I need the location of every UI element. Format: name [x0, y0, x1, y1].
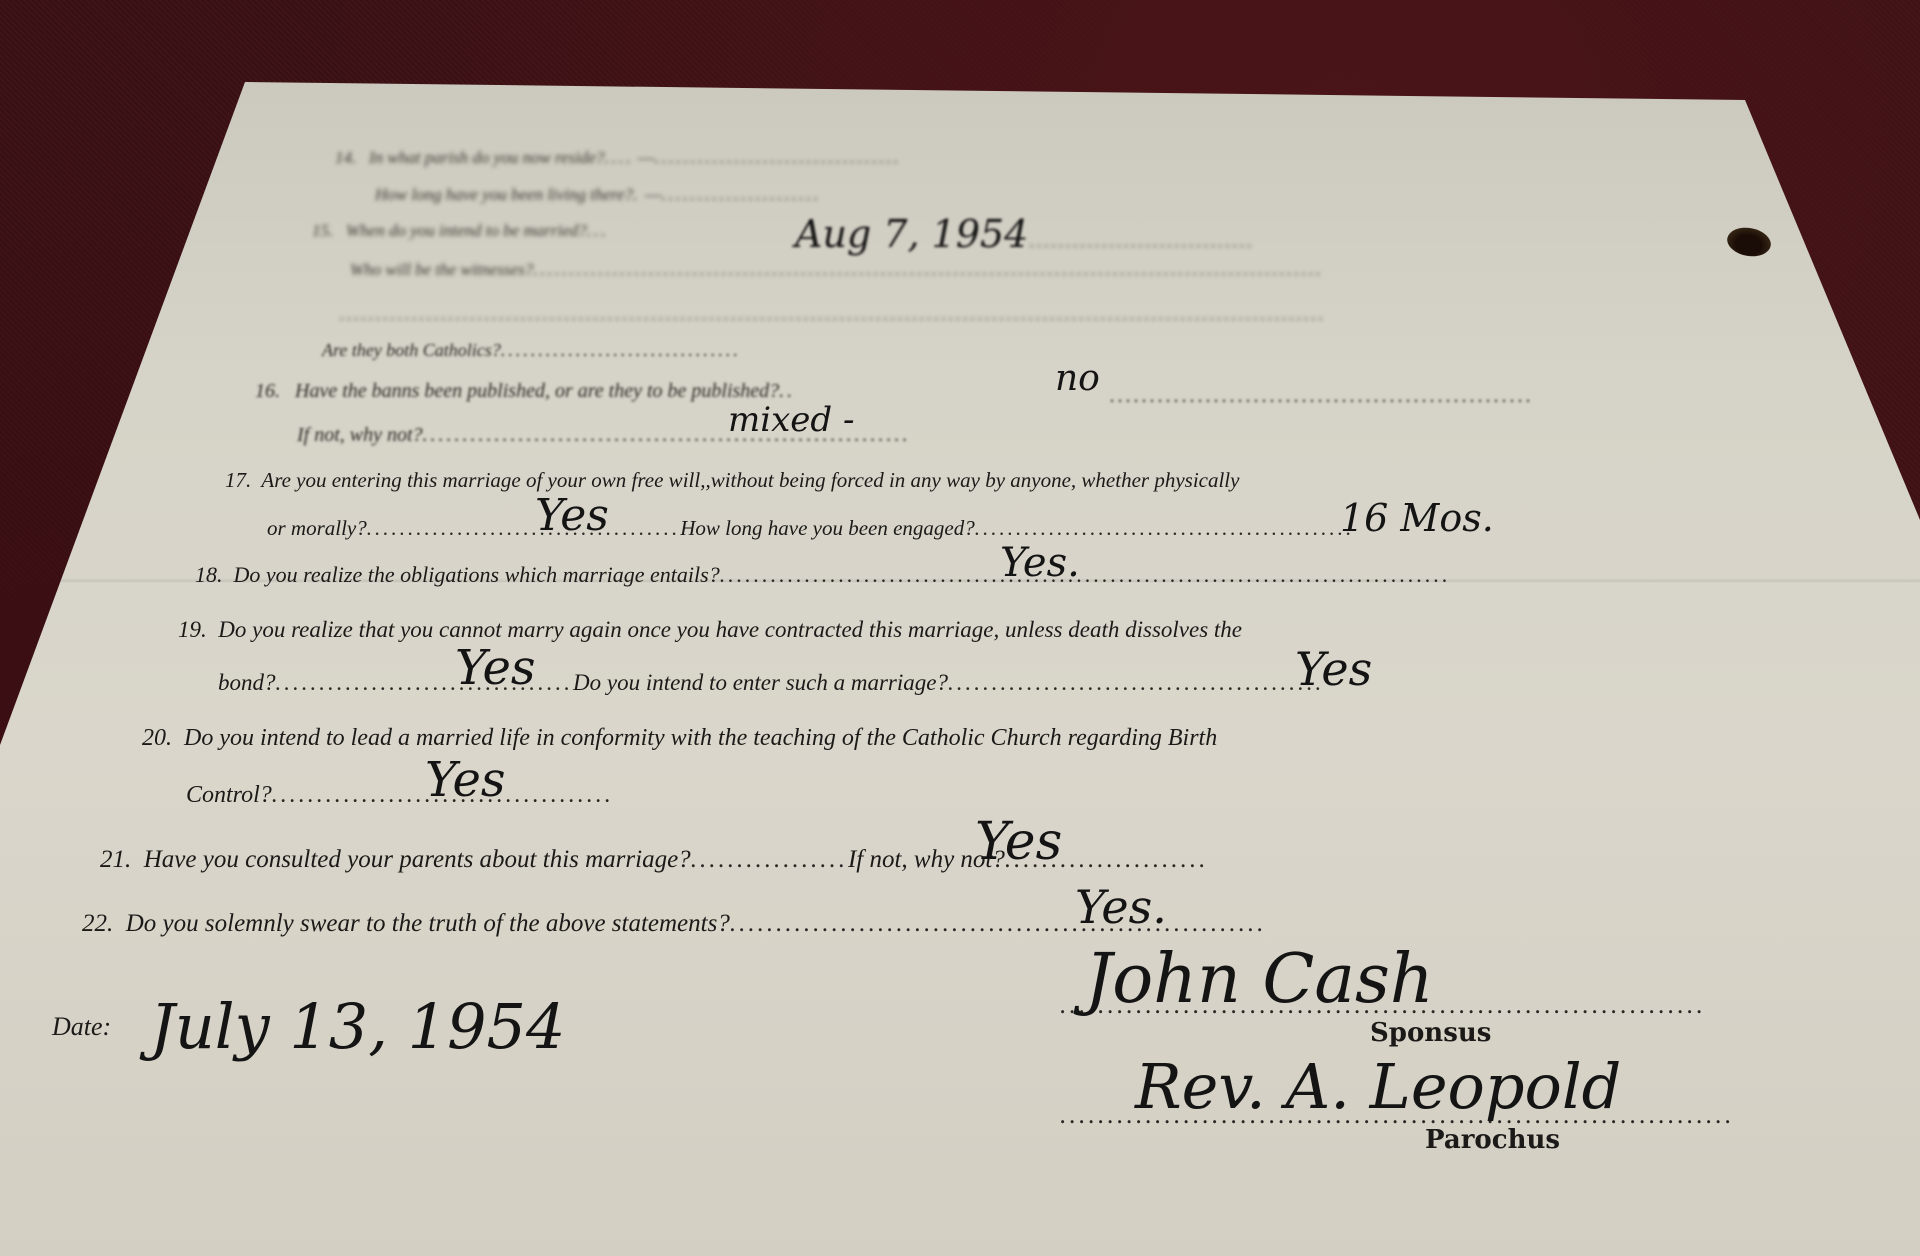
- date-value: July 13, 1954: [150, 990, 565, 1063]
- answer: —: [645, 185, 662, 204]
- question-text-2: How long have you been engaged?: [680, 516, 975, 540]
- question-text: Are you entering this marriage of your o…: [261, 468, 1239, 492]
- question-text: Do you solemnly swear to the truth of th…: [126, 910, 730, 937]
- question-text-2: Do you intend to enter such a marriage?: [573, 670, 948, 695]
- question-14: 14. In what parish do you now reside?...…: [335, 148, 901, 168]
- answer-engaged-duration: 16 Mos.: [1340, 496, 1494, 540]
- question-text: Have the banns been published, or are th…: [295, 380, 779, 402]
- question-number: 16.: [255, 380, 280, 402]
- question-text: Do you intend to lead a married life in …: [184, 725, 1217, 751]
- question-text: Do you realize that you cannot marry aga…: [218, 617, 1242, 642]
- answer-obligations: Yes.: [1000, 540, 1080, 586]
- question-14b: How long have you been living there?. —.…: [375, 185, 821, 205]
- question-text: Who will be the witnesses?: [350, 260, 533, 279]
- punch-hole: [1725, 224, 1773, 259]
- question-text: Control?: [186, 782, 272, 808]
- questionnaire-page: 14. In what parish do you now reside?...…: [0, 0, 1920, 1256]
- question-17: 17. Are you entering this marriage of yo…: [225, 468, 1239, 493]
- question-text: Have you consulted your parents about th…: [144, 846, 691, 873]
- dotted-leader: ...............................: [1030, 232, 1255, 252]
- answer-indissolubility: Yes: [455, 640, 536, 696]
- question-17b: or morally?.............................…: [267, 516, 1354, 541]
- question-number: 15.: [312, 221, 333, 240]
- question-text: When do you intend to be married?: [346, 221, 587, 240]
- question-16: 16. Have the banns been published, or ar…: [255, 380, 795, 403]
- sponsus-signature: John Cash: [1085, 940, 1434, 1019]
- question-19b: bond?..................................D…: [218, 670, 1324, 696]
- question-20b: Control?................................…: [186, 782, 614, 809]
- question-number: 17.: [225, 468, 251, 492]
- question-18: 18. Do you realize the obligations which…: [195, 562, 1451, 588]
- answer-birth-control: Yes: [425, 752, 506, 808]
- sponsus-label: Sponsus: [1370, 1018, 1491, 1048]
- question-15b: Who will be the witnesses?..............…: [350, 260, 1323, 280]
- question-text: How long have you been living there?: [375, 185, 633, 204]
- question-15: 15. When do you intend to be married?...: [312, 221, 609, 241]
- question-text: If not, why not?: [297, 424, 423, 446]
- answer-banns-reason: mixed -: [728, 400, 854, 440]
- question-20: 20. Do you intend to lead a married life…: [142, 725, 1217, 752]
- question-15c: Are they both Catholics?................…: [322, 340, 741, 361]
- question-text: In what parish do you now reside?: [369, 148, 604, 167]
- parochus-label: Parochus: [1425, 1125, 1560, 1155]
- dotted-leader: ........................................…: [1110, 385, 1534, 408]
- question-number: 21.: [100, 846, 131, 873]
- answer-wedding-date: Aug 7, 1954: [795, 212, 1028, 256]
- question-number: 18.: [195, 562, 223, 587]
- question-text: Are they both Catholics?: [322, 340, 501, 360]
- question-text: or morally?: [267, 516, 367, 540]
- date-label: Date:: [52, 1012, 111, 1042]
- question-19: 19. Do you realize that you cannot marry…: [178, 617, 1242, 643]
- question-text: Do you realize the obligations which mar…: [234, 562, 720, 587]
- dotted-leader: ........................................…: [340, 305, 1326, 325]
- answer-banns: no: [1055, 358, 1100, 399]
- answer-oath: Yes.: [1075, 880, 1167, 934]
- parochus-signature: Rev. A. Leopold: [1135, 1050, 1621, 1123]
- answer-parents-consulted: Yes: [975, 812, 1062, 872]
- question-number: 19.: [178, 617, 207, 642]
- question-text: bond?: [218, 670, 276, 695]
- question-number: 14.: [335, 148, 356, 167]
- answer-intend-marriage: Yes: [1295, 642, 1372, 696]
- question-number: 22.: [82, 910, 113, 937]
- answer-free-will: Yes: [535, 490, 609, 541]
- answer: —: [638, 148, 655, 167]
- question-number: 20.: [142, 725, 172, 751]
